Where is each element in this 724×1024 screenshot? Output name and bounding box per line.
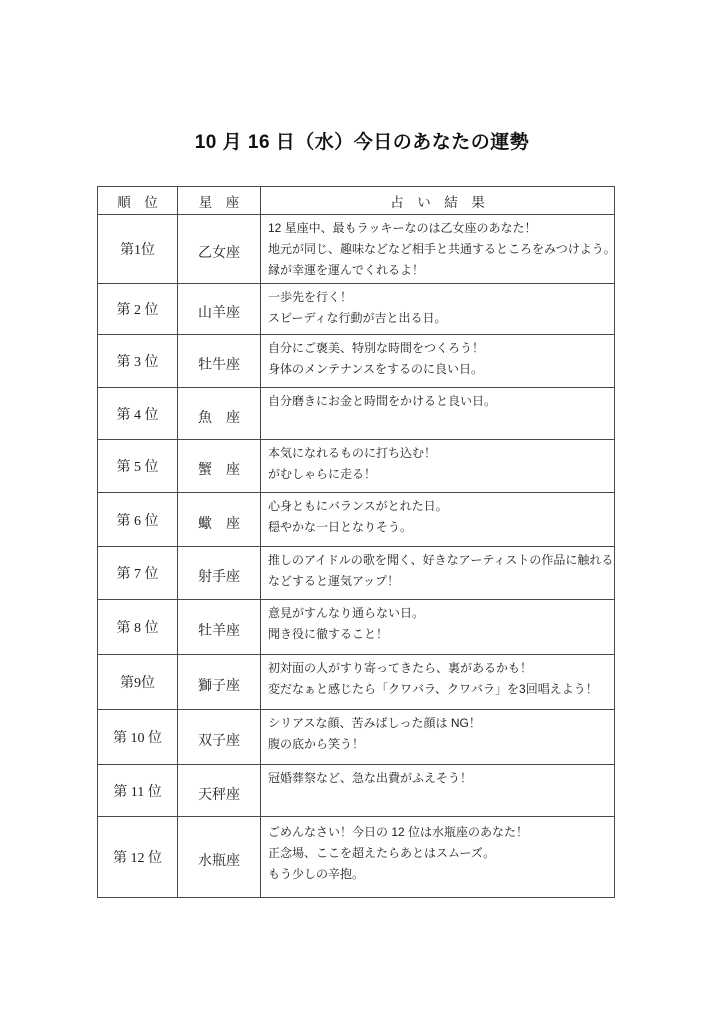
rank-cell: 第 11 位	[98, 765, 178, 817]
table-row-3: 第 3 位 牡牛座 自分にご褒美、特別な時間をつくろう！ 身体のメンテナンスをす…	[98, 335, 615, 388]
result-line: 腹の底から笑う！	[268, 734, 610, 755]
sign-cell: 天秤座	[178, 765, 261, 817]
sign-cell: 魚 座	[178, 388, 261, 440]
result-cell: シリアスな顔、苦みばしった顔は NG！ 腹の底から笑う！	[261, 710, 615, 765]
sign-label: 蠍 座	[198, 513, 240, 533]
table-row-2: 第 2 位 山羊座 一歩先を行く！ スピーディな行動が吉と出る日。	[98, 284, 615, 335]
result-line: 初対面の人がすり寄ってきたら、裏があるかも！	[268, 658, 610, 679]
table-row-7: 第 7 位 射手座 推しのアイドルの歌を聞く、好きなアーティストの作品に触れる …	[98, 547, 615, 600]
sign-label: 乙女座	[198, 242, 240, 262]
sign-cell: 射手座	[178, 547, 261, 600]
sign-cell: 水瓶座	[178, 817, 261, 898]
sign-cell: 牡羊座	[178, 600, 261, 655]
rank-cell: 第1位	[98, 215, 178, 284]
rank-cell: 第9位	[98, 655, 178, 710]
result-cell: 自分にご褒美、特別な時間をつくろう！ 身体のメンテナンスをするのに良い日。	[261, 335, 615, 388]
table-row-11: 第 11 位 天秤座 冠婚葬祭など、急な出費がふえそう！	[98, 765, 615, 817]
result-line: スピーディな行動が吉と出る日。	[268, 308, 610, 329]
sign-label: 魚 座	[198, 407, 240, 427]
rank-cell: 第 10 位	[98, 710, 178, 765]
sign-label: 牡牛座	[198, 354, 240, 374]
sign-cell: 牡牛座	[178, 335, 261, 388]
result-line: シリアスな顔、苦みばしった顔は NG！	[268, 713, 610, 734]
result-cell: 意見がすんなり通らない日。 聞き役に徹すること！	[261, 600, 615, 655]
sign-cell: 蠍 座	[178, 493, 261, 547]
result-line: 聞き役に徹すること！	[268, 624, 610, 645]
result-line: 推しのアイドルの歌を聞く、好きなアーティストの作品に触れる	[268, 550, 610, 571]
result-line: 自分磨きにお金と時間をかけると良い日。	[268, 391, 610, 412]
result-line: 冠婚葬祭など、急な出費がふえそう！	[268, 768, 610, 789]
sign-label: 天秤座	[198, 784, 240, 804]
sign-cell: 山羊座	[178, 284, 261, 335]
table-row-12: 第 12 位 水瓶座 ごめんなさい！今日の 12 位は水瓶座のあなた！ 正念場、…	[98, 817, 615, 898]
result-line: 自分にご褒美、特別な時間をつくろう！	[268, 338, 610, 359]
result-line: 12 星座中、最もラッキーなのは乙女座のあなた！	[268, 218, 610, 239]
table-row-6: 第 6 位 蠍 座 心身ともにバランスがとれた日。 穏やかな一日となりそう。	[98, 493, 615, 547]
result-cell: 自分磨きにお金と時間をかけると良い日。	[261, 388, 615, 440]
page-title: 10 月 16 日（水）今日のあなたの運勢	[0, 127, 724, 154]
result-line: などすると運気アップ！	[268, 571, 610, 592]
document-page: 10 月 16 日（水）今日のあなたの運勢 順 位 星 座 占 い 結 果 第1…	[0, 0, 724, 1024]
result-line: 心身ともにバランスがとれた日。	[268, 496, 610, 517]
result-line: 一歩先を行く！	[268, 287, 610, 308]
result-cell: 本気になれるものに打ち込む！ がむしゃらに走る！	[261, 440, 615, 493]
table-header-row: 順 位 星 座 占 い 結 果	[98, 187, 615, 215]
fortune-table: 順 位 星 座 占 い 結 果 第1位 乙女座 12 星座中、最もラッキーなのは…	[97, 186, 615, 898]
sign-label: 山羊座	[198, 302, 240, 322]
result-line: 縁が幸運を運んでくれるよ！	[268, 260, 610, 281]
table-row-10: 第 10 位 双子座 シリアスな顔、苦みばしった顔は NG！ 腹の底から笑う！	[98, 710, 615, 765]
table-row-1: 第1位 乙女座 12 星座中、最もラッキーなのは乙女座のあなた！ 地元が同じ、趣…	[98, 215, 615, 284]
result-line: 地元が同じ、趣味などなど相手と共通するところをみつけよう。	[268, 239, 610, 260]
result-cell: 一歩先を行く！ スピーディな行動が吉と出る日。	[261, 284, 615, 335]
rank-cell: 第 3 位	[98, 335, 178, 388]
sign-cell: 乙女座	[178, 215, 261, 284]
rank-cell: 第 7 位	[98, 547, 178, 600]
rank-cell: 第 5 位	[98, 440, 178, 493]
sign-label: 蟹 座	[198, 459, 240, 479]
sign-label: 牡羊座	[198, 620, 240, 640]
result-cell: 冠婚葬祭など、急な出費がふえそう！	[261, 765, 615, 817]
result-line: 意見がすんなり通らない日。	[268, 603, 610, 624]
result-line: 本気になれるものに打ち込む！	[268, 443, 610, 464]
header-rank: 順 位	[98, 187, 178, 215]
table-row-4: 第 4 位 魚 座 自分磨きにお金と時間をかけると良い日。	[98, 388, 615, 440]
sign-label: 獅子座	[198, 675, 240, 695]
sign-label: 水瓶座	[198, 850, 240, 870]
result-line: 変だなぁと感じたら「クワバラ、クワバラ」を3回唱えよう！	[268, 679, 610, 700]
rank-cell: 第 4 位	[98, 388, 178, 440]
result-line: もう少しの辛抱。	[268, 864, 610, 885]
rank-cell: 第 6 位	[98, 493, 178, 547]
result-cell: 心身ともにバランスがとれた日。 穏やかな一日となりそう。	[261, 493, 615, 547]
result-cell: 推しのアイドルの歌を聞く、好きなアーティストの作品に触れる などすると運気アップ…	[261, 547, 615, 600]
sign-cell: 双子座	[178, 710, 261, 765]
table-row-8: 第 8 位 牡羊座 意見がすんなり通らない日。 聞き役に徹すること！	[98, 600, 615, 655]
header-result: 占 い 結 果	[261, 187, 615, 215]
result-cell: ごめんなさい！今日の 12 位は水瓶座のあなた！ 正念場、ここを超えたらあとはス…	[261, 817, 615, 898]
result-line: がむしゃらに走る！	[268, 464, 610, 485]
result-line: 正念場、ここを超えたらあとはスムーズ。	[268, 843, 610, 864]
rank-cell: 第 2 位	[98, 284, 178, 335]
result-line: 身体のメンテナンスをするのに良い日。	[268, 359, 610, 380]
result-cell: 12 星座中、最もラッキーなのは乙女座のあなた！ 地元が同じ、趣味などなど相手と…	[261, 215, 615, 284]
sign-label: 双子座	[198, 730, 240, 750]
table-row-5: 第 5 位 蟹 座 本気になれるものに打ち込む！ がむしゃらに走る！	[98, 440, 615, 493]
result-line: 穏やかな一日となりそう。	[268, 517, 610, 538]
sign-label: 射手座	[198, 566, 240, 586]
table-row-9: 第9位 獅子座 初対面の人がすり寄ってきたら、裏があるかも！ 変だなぁと感じたら…	[98, 655, 615, 710]
rank-cell: 第 8 位	[98, 600, 178, 655]
result-line: ごめんなさい！今日の 12 位は水瓶座のあなた！	[268, 822, 610, 843]
rank-cell: 第 12 位	[98, 817, 178, 898]
sign-cell: 獅子座	[178, 655, 261, 710]
result-cell: 初対面の人がすり寄ってきたら、裏があるかも！ 変だなぁと感じたら「クワバラ、クワ…	[261, 655, 615, 710]
sign-cell: 蟹 座	[178, 440, 261, 493]
header-sign: 星 座	[178, 187, 261, 215]
